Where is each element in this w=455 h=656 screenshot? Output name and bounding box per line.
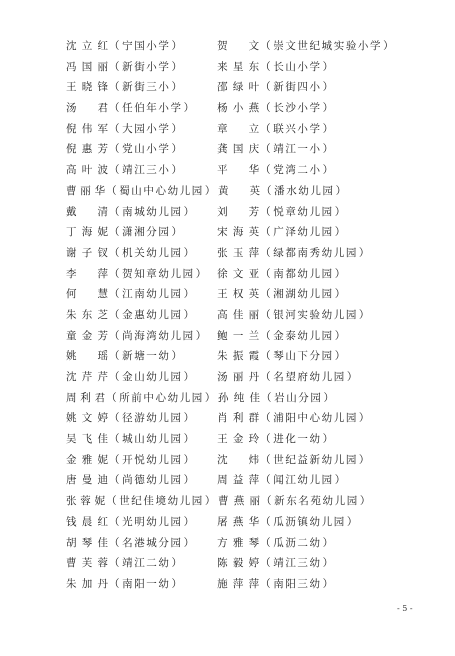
list-row: 姚文婷（径游幼儿园）肖利群（浦阳中心幼儿园） xyxy=(66,408,406,429)
person-name: 谢子钗 xyxy=(66,243,108,264)
list-row: 姚 瑶（新塘一幼）朱振霞（琴山下分园） xyxy=(66,346,406,367)
list-row: 冯国丽（新街小学）来星东（长山小学） xyxy=(66,57,406,78)
entry-left: 朱加丹（南阳一幼） xyxy=(66,574,217,595)
close-paren: ） xyxy=(323,574,335,595)
open-paren: （ xyxy=(260,512,272,533)
organization-name: 新街四小 xyxy=(273,77,321,98)
person-name: 宋海英 xyxy=(217,222,259,243)
organization-name: 蜀山中心幼儿园 xyxy=(119,181,204,202)
close-paren: ） xyxy=(172,36,184,57)
organization-name: 宁国小学 xyxy=(122,36,170,57)
list-row: 沈立红（宁国小学）贺 文（崇文世纪城实验小学） xyxy=(66,36,406,57)
person-name: 杨小燕 xyxy=(217,98,259,119)
person-name: 胡琴佳 xyxy=(66,533,108,554)
person-name: 何 慧 xyxy=(66,284,108,305)
entry-left: 谢子钗（机关幼儿园） xyxy=(66,243,217,264)
entry-left: 戴 清（南城幼儿园） xyxy=(66,202,217,223)
list-row: 何 慧（江南幼儿园）王权英（湘湖幼儿园） xyxy=(66,284,406,305)
entry-left: 曹芙蓉（靖江二幼） xyxy=(66,553,217,574)
open-paren: （ xyxy=(109,429,121,450)
person-name: 王金玲 xyxy=(217,429,259,450)
close-paren: ） xyxy=(323,160,335,181)
close-paren: ） xyxy=(184,533,196,554)
close-paren: ） xyxy=(359,450,371,471)
page-number: - 5 - xyxy=(397,604,413,613)
entry-right: 杨小燕（长沙小学） xyxy=(217,98,406,119)
open-paren: （ xyxy=(260,429,272,450)
organization-name: 名望府幼儿园 xyxy=(273,367,346,388)
entry-right: 朱振霞（琴山下分园） xyxy=(217,346,406,367)
list-row: 李 萍（贺知章幼儿园）徐文亚（南都幼儿园） xyxy=(66,264,406,285)
person-name: 肖利群 xyxy=(217,408,259,429)
organization-name: 城山幼儿园 xyxy=(122,429,183,450)
entry-right: 刘 芳（悦章幼儿园） xyxy=(217,202,406,223)
close-paren: ） xyxy=(335,326,347,347)
organization-name: 开悦幼儿园 xyxy=(122,450,183,471)
organization-name: 任伯年小学 xyxy=(122,98,183,119)
person-name: 童金芳 xyxy=(66,326,108,347)
organization-name: 靖江三幼 xyxy=(273,553,321,574)
close-paren: ） xyxy=(172,553,184,574)
open-paren: （ xyxy=(261,388,273,409)
entry-left: 曹丽华（蜀山中心幼儿园） xyxy=(66,181,218,202)
close-paren: ） xyxy=(172,77,184,98)
entry-left: 张蓉妮（世纪佳境幼儿园） xyxy=(66,491,218,512)
open-paren: （ xyxy=(260,98,272,119)
organization-name: 南阳一幼 xyxy=(122,574,170,595)
open-paren: （ xyxy=(109,119,121,140)
organization-name: 新街三小 xyxy=(122,77,170,98)
list-row: 王晓锋（新街三小）邵绿叶（新街四小） xyxy=(66,77,406,98)
open-paren: （ xyxy=(109,222,121,243)
person-name: 陈毅婷 xyxy=(217,553,259,574)
entry-right: 高佳丽（银河实验幼儿园） xyxy=(217,305,406,326)
organization-name: 岩山分园 xyxy=(274,388,322,409)
close-paren: ） xyxy=(205,181,217,202)
organization-name: 党山小学 xyxy=(122,139,170,160)
open-paren: （ xyxy=(109,98,121,119)
close-paren: ） xyxy=(205,491,217,512)
person-name: 徐文亚 xyxy=(217,264,259,285)
person-name: 龚国庆 xyxy=(217,139,259,160)
list-row: 朱东芝（金惠幼儿园）高佳丽（银河实验幼儿园） xyxy=(66,305,406,326)
list-row: 唐曼迪（尚德幼儿园）周益萍（闻江幼儿园） xyxy=(66,470,406,491)
open-paren: （ xyxy=(260,450,272,471)
organization-name: 径游幼儿园 xyxy=(122,408,183,429)
person-name: 王晓锋 xyxy=(66,77,108,98)
open-paren: （ xyxy=(260,284,272,305)
person-name: 刘 芳 xyxy=(217,202,259,223)
entry-right: 曹燕丽（新东名苑幼儿园） xyxy=(218,491,406,512)
document-page: 沈立红（宁国小学）贺 文（崇文世纪城实验小学）冯国丽（新街小学）来星东（长山小学… xyxy=(0,0,455,656)
organization-name: 崇文世纪城实验小学 xyxy=(273,36,382,57)
entry-left: 丁海妮（潇湘分园） xyxy=(66,222,217,243)
organization-name: 所前中心幼儿园 xyxy=(119,388,204,409)
open-paren: （ xyxy=(260,326,272,347)
person-name: 沈芹芹 xyxy=(66,367,108,388)
close-paren: ） xyxy=(323,533,335,554)
entry-right: 章 立（联兴小学） xyxy=(217,119,406,140)
entry-right: 邵绿叶（新街四小） xyxy=(217,77,406,98)
entry-left: 冯国丽（新街小学） xyxy=(66,57,217,78)
organization-name: 湘湖幼儿园 xyxy=(273,284,334,305)
open-paren: （ xyxy=(109,346,121,367)
organization-name: 金惠幼儿园 xyxy=(122,305,183,326)
list-row: 戴 清（南城幼儿园）刘 芳（悦章幼儿园） xyxy=(66,202,406,223)
open-paren: （ xyxy=(260,36,272,57)
entry-right: 平 华（党湾二小） xyxy=(217,160,406,181)
open-paren: （ xyxy=(261,181,273,202)
person-name: 周利君 xyxy=(66,388,105,409)
person-name: 朱加丹 xyxy=(66,574,108,595)
person-name: 钱晨红 xyxy=(66,512,108,533)
person-name: 曹丽华 xyxy=(66,181,105,202)
close-paren: ） xyxy=(323,553,335,574)
entry-right: 屠燕华（瓜沥镇幼儿园） xyxy=(217,512,406,533)
close-paren: ） xyxy=(184,305,196,326)
close-paren: ） xyxy=(184,408,196,429)
entry-left: 金雅妮（开悦幼儿园） xyxy=(66,450,217,471)
organization-name: 尚海湾幼儿园 xyxy=(122,326,195,347)
close-paren: ） xyxy=(335,470,347,491)
person-name: 姚文婷 xyxy=(66,408,108,429)
open-paren: （ xyxy=(260,367,272,388)
close-paren: ） xyxy=(383,36,395,57)
organization-name: 靖江三小 xyxy=(122,160,170,181)
organization-name: 绿都南秀幼儿园 xyxy=(273,243,358,264)
open-paren: （ xyxy=(109,367,121,388)
organization-name: 潘水幼儿园 xyxy=(274,181,335,202)
close-paren: ） xyxy=(172,222,184,243)
organization-name: 银河实验幼儿园 xyxy=(273,305,358,326)
list-row: 汤 君（任伯年小学）杨小燕（长沙小学） xyxy=(66,98,406,119)
person-name: 沈立红 xyxy=(66,36,108,57)
open-paren: （ xyxy=(109,305,121,326)
entry-right: 施萍萍（南阳三幼） xyxy=(217,574,406,595)
person-name: 金雅妮 xyxy=(66,450,108,471)
entry-left: 高叶波（靖江三小） xyxy=(66,160,217,181)
person-name: 丁海妮 xyxy=(66,222,108,243)
organization-name: 世纪益新幼儿园 xyxy=(273,450,358,471)
open-paren: （ xyxy=(260,264,272,285)
person-name: 鲍一兰 xyxy=(217,326,259,347)
person-name: 戴 清 xyxy=(66,202,108,223)
person-name: 贺 文 xyxy=(217,36,259,57)
open-paren: （ xyxy=(109,326,121,347)
open-paren: （ xyxy=(260,77,272,98)
organization-name: 新塘一幼 xyxy=(122,346,170,367)
entry-right: 黄 英（潘水幼儿园） xyxy=(218,181,406,202)
entry-right: 宋海英（广泽幼儿园） xyxy=(217,222,406,243)
organization-name: 瓜沥二幼 xyxy=(273,533,321,554)
open-paren: （ xyxy=(109,408,121,429)
list-row: 金雅妮（开悦幼儿园）沈 炜（世纪益新幼儿园） xyxy=(66,450,406,471)
organization-name: 潇湘分园 xyxy=(122,222,170,243)
close-paren: ） xyxy=(172,119,184,140)
organization-name: 光明幼儿园 xyxy=(122,512,183,533)
list-row: 周利君（所前中心幼儿园）孙纯佳（岩山分园） xyxy=(66,388,406,409)
entry-left: 胡琴佳（名港城分园） xyxy=(66,533,217,554)
entry-left: 钱晨红（光明幼儿园） xyxy=(66,512,217,533)
entry-right: 徐文亚（南都幼儿园） xyxy=(217,264,406,285)
open-paren: （ xyxy=(106,181,118,202)
organization-name: 长沙小学 xyxy=(273,98,321,119)
close-paren: ） xyxy=(335,284,347,305)
entry-left: 沈芹芹（金山幼儿园） xyxy=(66,367,217,388)
open-paren: （ xyxy=(260,533,272,554)
close-paren: ） xyxy=(196,326,208,347)
person-name: 平 华 xyxy=(217,160,259,181)
person-name: 倪惠芳 xyxy=(66,139,108,160)
close-paren: ） xyxy=(184,284,196,305)
organization-name: 进化一幼 xyxy=(273,429,321,450)
open-paren: （ xyxy=(109,574,121,595)
person-name: 朱东芝 xyxy=(66,305,108,326)
organization-name: 党湾二小 xyxy=(273,160,321,181)
close-paren: ） xyxy=(184,450,196,471)
organization-name: 机关幼儿园 xyxy=(122,243,183,264)
person-name: 姚 瑶 xyxy=(66,346,108,367)
open-paren: （ xyxy=(260,243,272,264)
close-paren: ） xyxy=(359,243,371,264)
close-paren: ） xyxy=(196,264,208,285)
organization-name: 新街小学 xyxy=(122,57,170,78)
close-paren: ） xyxy=(172,574,184,595)
organization-name: 琴山下分园 xyxy=(273,346,334,367)
list-row: 张蓉妮（世纪佳境幼儿园）曹燕丽（新东名苑幼儿园） xyxy=(66,491,406,512)
organization-name: 瓜沥镇幼儿园 xyxy=(273,512,346,533)
list-row: 钱晨红（光明幼儿园）屠燕华（瓜沥镇幼儿园） xyxy=(66,512,406,533)
close-paren: ） xyxy=(324,388,336,409)
open-paren: （ xyxy=(109,160,121,181)
person-name: 高佳丽 xyxy=(217,305,259,326)
close-paren: ） xyxy=(360,491,372,512)
organization-name: 名港城分园 xyxy=(122,533,183,554)
close-paren: ） xyxy=(184,98,196,119)
open-paren: （ xyxy=(109,77,121,98)
organization-name: 靖江一小 xyxy=(273,139,321,160)
open-paren: （ xyxy=(109,553,121,574)
close-paren: ） xyxy=(335,264,347,285)
entry-left: 吴飞佳（城山幼儿园） xyxy=(66,429,217,450)
open-paren: （ xyxy=(109,243,121,264)
person-name: 施萍萍 xyxy=(217,574,259,595)
person-name: 邵绿叶 xyxy=(217,77,259,98)
entry-right: 鲍一兰（金泰幼儿园） xyxy=(217,326,406,347)
entry-right: 来星东（长山小学） xyxy=(217,57,406,78)
open-paren: （ xyxy=(109,284,121,305)
open-paren: （ xyxy=(109,470,121,491)
entry-left: 童金芳（尚海湾幼儿园） xyxy=(66,326,217,347)
open-paren: （ xyxy=(109,450,121,471)
list-row: 丁海妮（潇湘分园）宋海英（广泽幼儿园） xyxy=(66,222,406,243)
open-paren: （ xyxy=(260,553,272,574)
person-name: 孙纯佳 xyxy=(218,388,260,409)
person-name: 来星东 xyxy=(217,57,259,78)
entry-left: 何 慧（江南幼儿园） xyxy=(66,284,217,305)
person-name: 张蓉妮 xyxy=(66,491,105,512)
open-paren: （ xyxy=(109,533,121,554)
close-paren: ） xyxy=(336,181,348,202)
close-paren: ） xyxy=(184,470,196,491)
close-paren: ） xyxy=(335,346,347,367)
close-paren: ） xyxy=(184,512,196,533)
organization-name: 靖江二幼 xyxy=(122,553,170,574)
organization-name: 浦阳中心幼儿园 xyxy=(273,408,358,429)
list-row: 曹丽华（蜀山中心幼儿园）黄 英（潘水幼儿园） xyxy=(66,181,406,202)
organization-name: 联兴小学 xyxy=(273,119,321,140)
open-paren: （ xyxy=(260,470,272,491)
organization-name: 长山小学 xyxy=(273,57,321,78)
person-name: 曹芙蓉 xyxy=(66,553,108,574)
entry-right: 汤丽丹（名望府幼儿园） xyxy=(217,367,406,388)
entry-left: 姚 瑶（新塘一幼） xyxy=(66,346,217,367)
organization-name: 世纪佳境幼儿园 xyxy=(119,491,204,512)
person-name: 张玉萍 xyxy=(217,243,259,264)
organization-name: 尚德幼儿园 xyxy=(122,470,183,491)
person-name: 汤 君 xyxy=(66,98,108,119)
person-name: 沈 炜 xyxy=(217,450,259,471)
open-paren: （ xyxy=(109,264,121,285)
organization-name: 悦章幼儿园 xyxy=(273,202,334,223)
close-paren: ） xyxy=(184,243,196,264)
list-row: 倪惠芳（党山小学）龚国庆（靖江一小） xyxy=(66,139,406,160)
open-paren: （ xyxy=(109,57,121,78)
close-paren: ） xyxy=(172,160,184,181)
person-name: 章 立 xyxy=(217,119,259,140)
open-paren: （ xyxy=(261,491,273,512)
open-paren: （ xyxy=(109,202,121,223)
close-paren: ） xyxy=(172,57,184,78)
organization-name: 江南幼儿园 xyxy=(122,284,183,305)
list-row: 童金芳（尚海湾幼儿园）鲍一兰（金泰幼儿园） xyxy=(66,326,406,347)
list-row: 倪伟军（大园小学）章 立（联兴小学） xyxy=(66,119,406,140)
entry-right: 陈毅婷（靖江三幼） xyxy=(217,553,406,574)
organization-name: 新东名苑幼儿园 xyxy=(274,491,359,512)
entry-left: 王晓锋（新街三小） xyxy=(66,77,217,98)
close-paren: ） xyxy=(184,202,196,223)
person-name: 王权英 xyxy=(217,284,259,305)
organization-name: 南城幼儿园 xyxy=(122,202,183,223)
entry-left: 沈立红（宁国小学） xyxy=(66,36,217,57)
open-paren: （ xyxy=(109,139,121,160)
list-row: 谢子钗（机关幼儿园）张玉萍（绿都南秀幼儿园） xyxy=(66,243,406,264)
open-paren: （ xyxy=(260,408,272,429)
close-paren: ） xyxy=(347,512,359,533)
open-paren: （ xyxy=(260,160,272,181)
entry-right: 贺 文（崇文世纪城实验小学） xyxy=(217,36,406,57)
close-paren: ） xyxy=(323,139,335,160)
organization-name: 贺知章幼儿园 xyxy=(122,264,195,285)
close-paren: ） xyxy=(323,57,335,78)
open-paren: （ xyxy=(260,574,272,595)
close-paren: ） xyxy=(335,222,347,243)
person-name: 汤丽丹 xyxy=(217,367,259,388)
person-name: 李 萍 xyxy=(66,264,108,285)
entry-left: 倪惠芳（党山小学） xyxy=(66,139,217,160)
open-paren: （ xyxy=(260,202,272,223)
organization-name: 金山幼儿园 xyxy=(122,367,183,388)
open-paren: （ xyxy=(109,512,121,533)
list-row: 高叶波（靖江三小）平 华（党湾二小） xyxy=(66,160,406,181)
organization-name: 南阳三幼 xyxy=(273,574,321,595)
organization-name: 闻江幼儿园 xyxy=(273,470,334,491)
entry-left: 朱东芝（金惠幼儿园） xyxy=(66,305,217,326)
close-paren: ） xyxy=(335,202,347,223)
entry-left: 李 萍（贺知章幼儿园） xyxy=(66,264,217,285)
organization-name: 南都幼儿园 xyxy=(273,264,334,285)
entry-left: 汤 君（任伯年小学） xyxy=(66,98,217,119)
person-name: 朱振霞 xyxy=(217,346,259,367)
person-name: 方雅琴 xyxy=(217,533,259,554)
entry-right: 方雅琴（瓜沥二幼） xyxy=(217,533,406,554)
person-name: 倪伟军 xyxy=(66,119,108,140)
list-row: 胡琴佳（名港城分园）方雅琴（瓜沥二幼） xyxy=(66,533,406,554)
entry-left: 周利君（所前中心幼儿园） xyxy=(66,388,218,409)
person-name: 屠燕华 xyxy=(217,512,259,533)
open-paren: （ xyxy=(260,222,272,243)
entry-left: 唐曼迪（尚德幼儿园） xyxy=(66,470,217,491)
person-name: 周益萍 xyxy=(217,470,259,491)
entry-right: 沈 炜（世纪益新幼儿园） xyxy=(217,450,406,471)
open-paren: （ xyxy=(260,57,272,78)
list-row: 曹芙蓉（靖江二幼）陈毅婷（靖江三幼） xyxy=(66,553,406,574)
entry-right: 周益萍（闻江幼儿园） xyxy=(217,470,406,491)
person-name: 唐曼迪 xyxy=(66,470,108,491)
close-paren: ） xyxy=(205,388,217,409)
entry-right: 孙纯佳（岩山分园） xyxy=(218,388,406,409)
close-paren: ） xyxy=(184,367,196,388)
entry-right: 龚国庆（靖江一小） xyxy=(217,139,406,160)
entry-right: 张玉萍（绿都南秀幼儿园） xyxy=(217,243,406,264)
list-row: 朱加丹（南阳一幼）施萍萍（南阳三幼） xyxy=(66,574,406,595)
entry-right: 王金玲（进化一幼） xyxy=(217,429,406,450)
person-name: 高叶波 xyxy=(66,160,108,181)
entry-right: 王权英（湘湖幼儿园） xyxy=(217,284,406,305)
close-paren: ） xyxy=(323,429,335,450)
organization-name: 广泽幼儿园 xyxy=(273,222,334,243)
close-paren: ） xyxy=(347,367,359,388)
open-paren: （ xyxy=(106,491,118,512)
organization-name: 大园小学 xyxy=(122,119,170,140)
close-paren: ） xyxy=(172,139,184,160)
close-paren: ） xyxy=(359,305,371,326)
open-paren: （ xyxy=(260,305,272,326)
close-paren: ） xyxy=(323,98,335,119)
entry-left: 姚文婷（径游幼儿园） xyxy=(66,408,217,429)
person-name: 吴飞佳 xyxy=(66,429,108,450)
entry-right: 肖利群（浦阳中心幼儿园） xyxy=(217,408,406,429)
open-paren: （ xyxy=(260,346,272,367)
open-paren: （ xyxy=(260,119,272,140)
person-name: 黄 英 xyxy=(218,181,260,202)
open-paren: （ xyxy=(260,139,272,160)
close-paren: ） xyxy=(323,119,335,140)
close-paren: ） xyxy=(172,346,184,367)
person-name: 曹燕丽 xyxy=(218,491,260,512)
close-paren: ） xyxy=(184,429,196,450)
name-list: 沈立红（宁国小学）贺 文（崇文世纪城实验小学）冯国丽（新街小学）来星东（长山小学… xyxy=(66,36,406,595)
close-paren: ） xyxy=(359,408,371,429)
open-paren: （ xyxy=(106,388,118,409)
organization-name: 金泰幼儿园 xyxy=(273,326,334,347)
close-paren: ） xyxy=(323,77,335,98)
entry-left: 倪伟军（大园小学） xyxy=(66,119,217,140)
list-row: 吴飞佳（城山幼儿园）王金玲（进化一幼） xyxy=(66,429,406,450)
list-row: 沈芹芹（金山幼儿园）汤丽丹（名望府幼儿园） xyxy=(66,367,406,388)
person-name: 冯国丽 xyxy=(66,57,108,78)
open-paren: （ xyxy=(109,36,121,57)
